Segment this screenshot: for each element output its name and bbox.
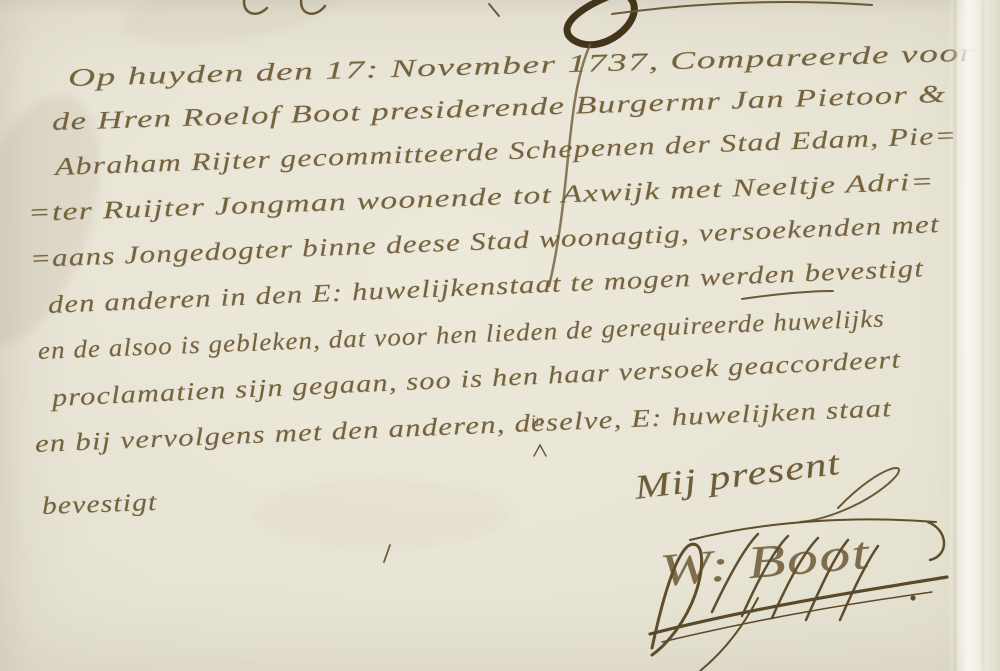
top-flourish-line xyxy=(612,2,872,14)
manuscript-line: bevestigt xyxy=(42,490,158,519)
strikethrough-mark xyxy=(742,291,833,299)
attestation-text: Mij present xyxy=(633,447,843,506)
top-flourish-loop xyxy=(567,0,655,45)
stray-ink-mark xyxy=(489,4,499,16)
signature-flourish xyxy=(928,522,944,560)
signature-period xyxy=(910,595,915,600)
insertion-caret xyxy=(534,445,546,456)
paper-smudge xyxy=(117,0,343,55)
manuscript-page: Op huyden den 17: November 1737, Compare… xyxy=(0,0,1000,671)
page-edge-crease xyxy=(982,0,984,671)
signature-tail xyxy=(700,598,758,671)
signature-text: W: Boot xyxy=(658,530,872,594)
paper-smudge xyxy=(250,480,510,550)
page-edge-crease xyxy=(954,0,956,671)
signature-underline xyxy=(662,592,932,642)
interlinear-insertion: in xyxy=(531,414,544,430)
